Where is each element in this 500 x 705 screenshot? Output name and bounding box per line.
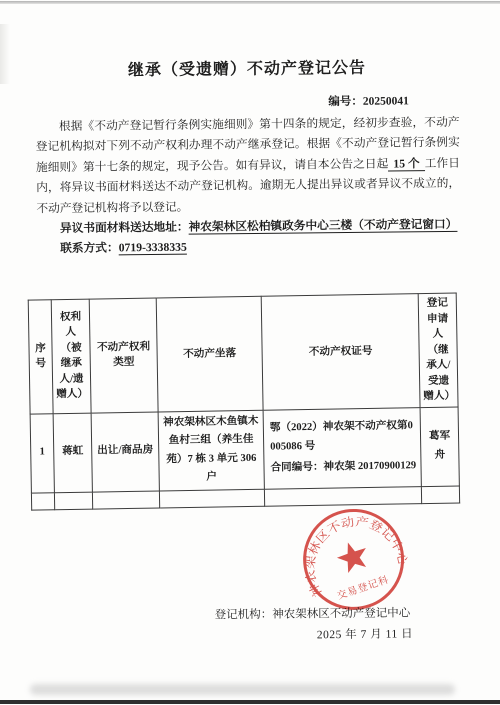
cell-right-type: 出让/商品房	[91, 411, 159, 491]
header-location: 不动产坐落	[156, 296, 263, 411]
document-number-line: 编号：20250041	[328, 91, 497, 109]
contract-number: 合同编号：神农架 20170900129	[270, 457, 416, 478]
header-cert-no: 不动产权证号	[261, 294, 420, 410]
scan-edge-bottom	[0, 700, 500, 704]
contact-label: 联系方式：	[60, 242, 119, 256]
announcement-date: 2025 年 7 月 11 日	[317, 625, 500, 643]
document-number-value: 20250041	[363, 95, 409, 107]
cell-holder: 蒋虹	[53, 412, 92, 492]
cell-applicant: 葛军舟	[420, 406, 459, 486]
document-number-label: 编号：	[328, 96, 363, 108]
cert-number: 鄂（2022）神农架不动产权第0005086 号	[270, 417, 417, 456]
document-sheet: 继承（受遗赠）不动产登记公告 编号：20250041 根据《不动产登记暂行条例实…	[0, 0, 500, 705]
address-value: 神农架林区松柏镇政务中心三楼（不动产登记窗口）	[189, 218, 458, 234]
scan-smudge	[30, 684, 455, 695]
cell-location: 神农架林区木鱼镇木鱼村三组（养生佳苑）7 栋 3 单元 306 户	[158, 410, 264, 491]
announcement-body: 根据《不动产登记暂行条例实施细则》第十四条的规定，经初步查验，不动产登记机构拟对…	[35, 113, 460, 260]
registration-table: 序号 权利人（被继承人/遗赠人） 不动产权利类型 不动产坐落 不动产权证号 登记…	[28, 292, 460, 510]
header-holder: 权利人（被继承人/遗赠人）	[51, 299, 91, 413]
header-seq: 序号	[28, 300, 53, 414]
header-applicant: 登记申请人（继承人/受遗赠人）	[418, 293, 458, 407]
objection-period: 15 个	[388, 157, 425, 171]
address-label: 异议书面材料送达地址：	[60, 221, 189, 235]
seal-star-icon	[333, 538, 371, 575]
contact-line: 联系方式：0719-3338335	[37, 235, 461, 260]
announcement-paragraph: 根据《不动产登记暂行条例实施细则》第十四条的规定，经初步查验，不动产登记机构拟对…	[35, 113, 460, 219]
header-right-type: 不动产权利类型	[89, 298, 158, 413]
contact-value: 0719-3338335	[119, 241, 187, 255]
table-row: 1 蒋虹 出让/商品房 神农架林区木鱼镇木鱼村三组（养生佳苑）7 栋 3 单元 …	[30, 406, 459, 492]
table-header-row: 序号 权利人（被继承人/遗赠人） 不动产权利类型 不动产坐落 不动产权证号 登记…	[28, 293, 458, 414]
cell-cert-no: 鄂（2022）神农架不动产权第0005086 号 合同编号：神农架 201709…	[263, 407, 421, 489]
cell-seq: 1	[30, 413, 54, 492]
official-seal-stamp: 神农架林区不动产登记中心 交易登记科	[297, 502, 411, 616]
page-title: 继承（受遗赠）不动产登记公告	[0, 53, 497, 81]
